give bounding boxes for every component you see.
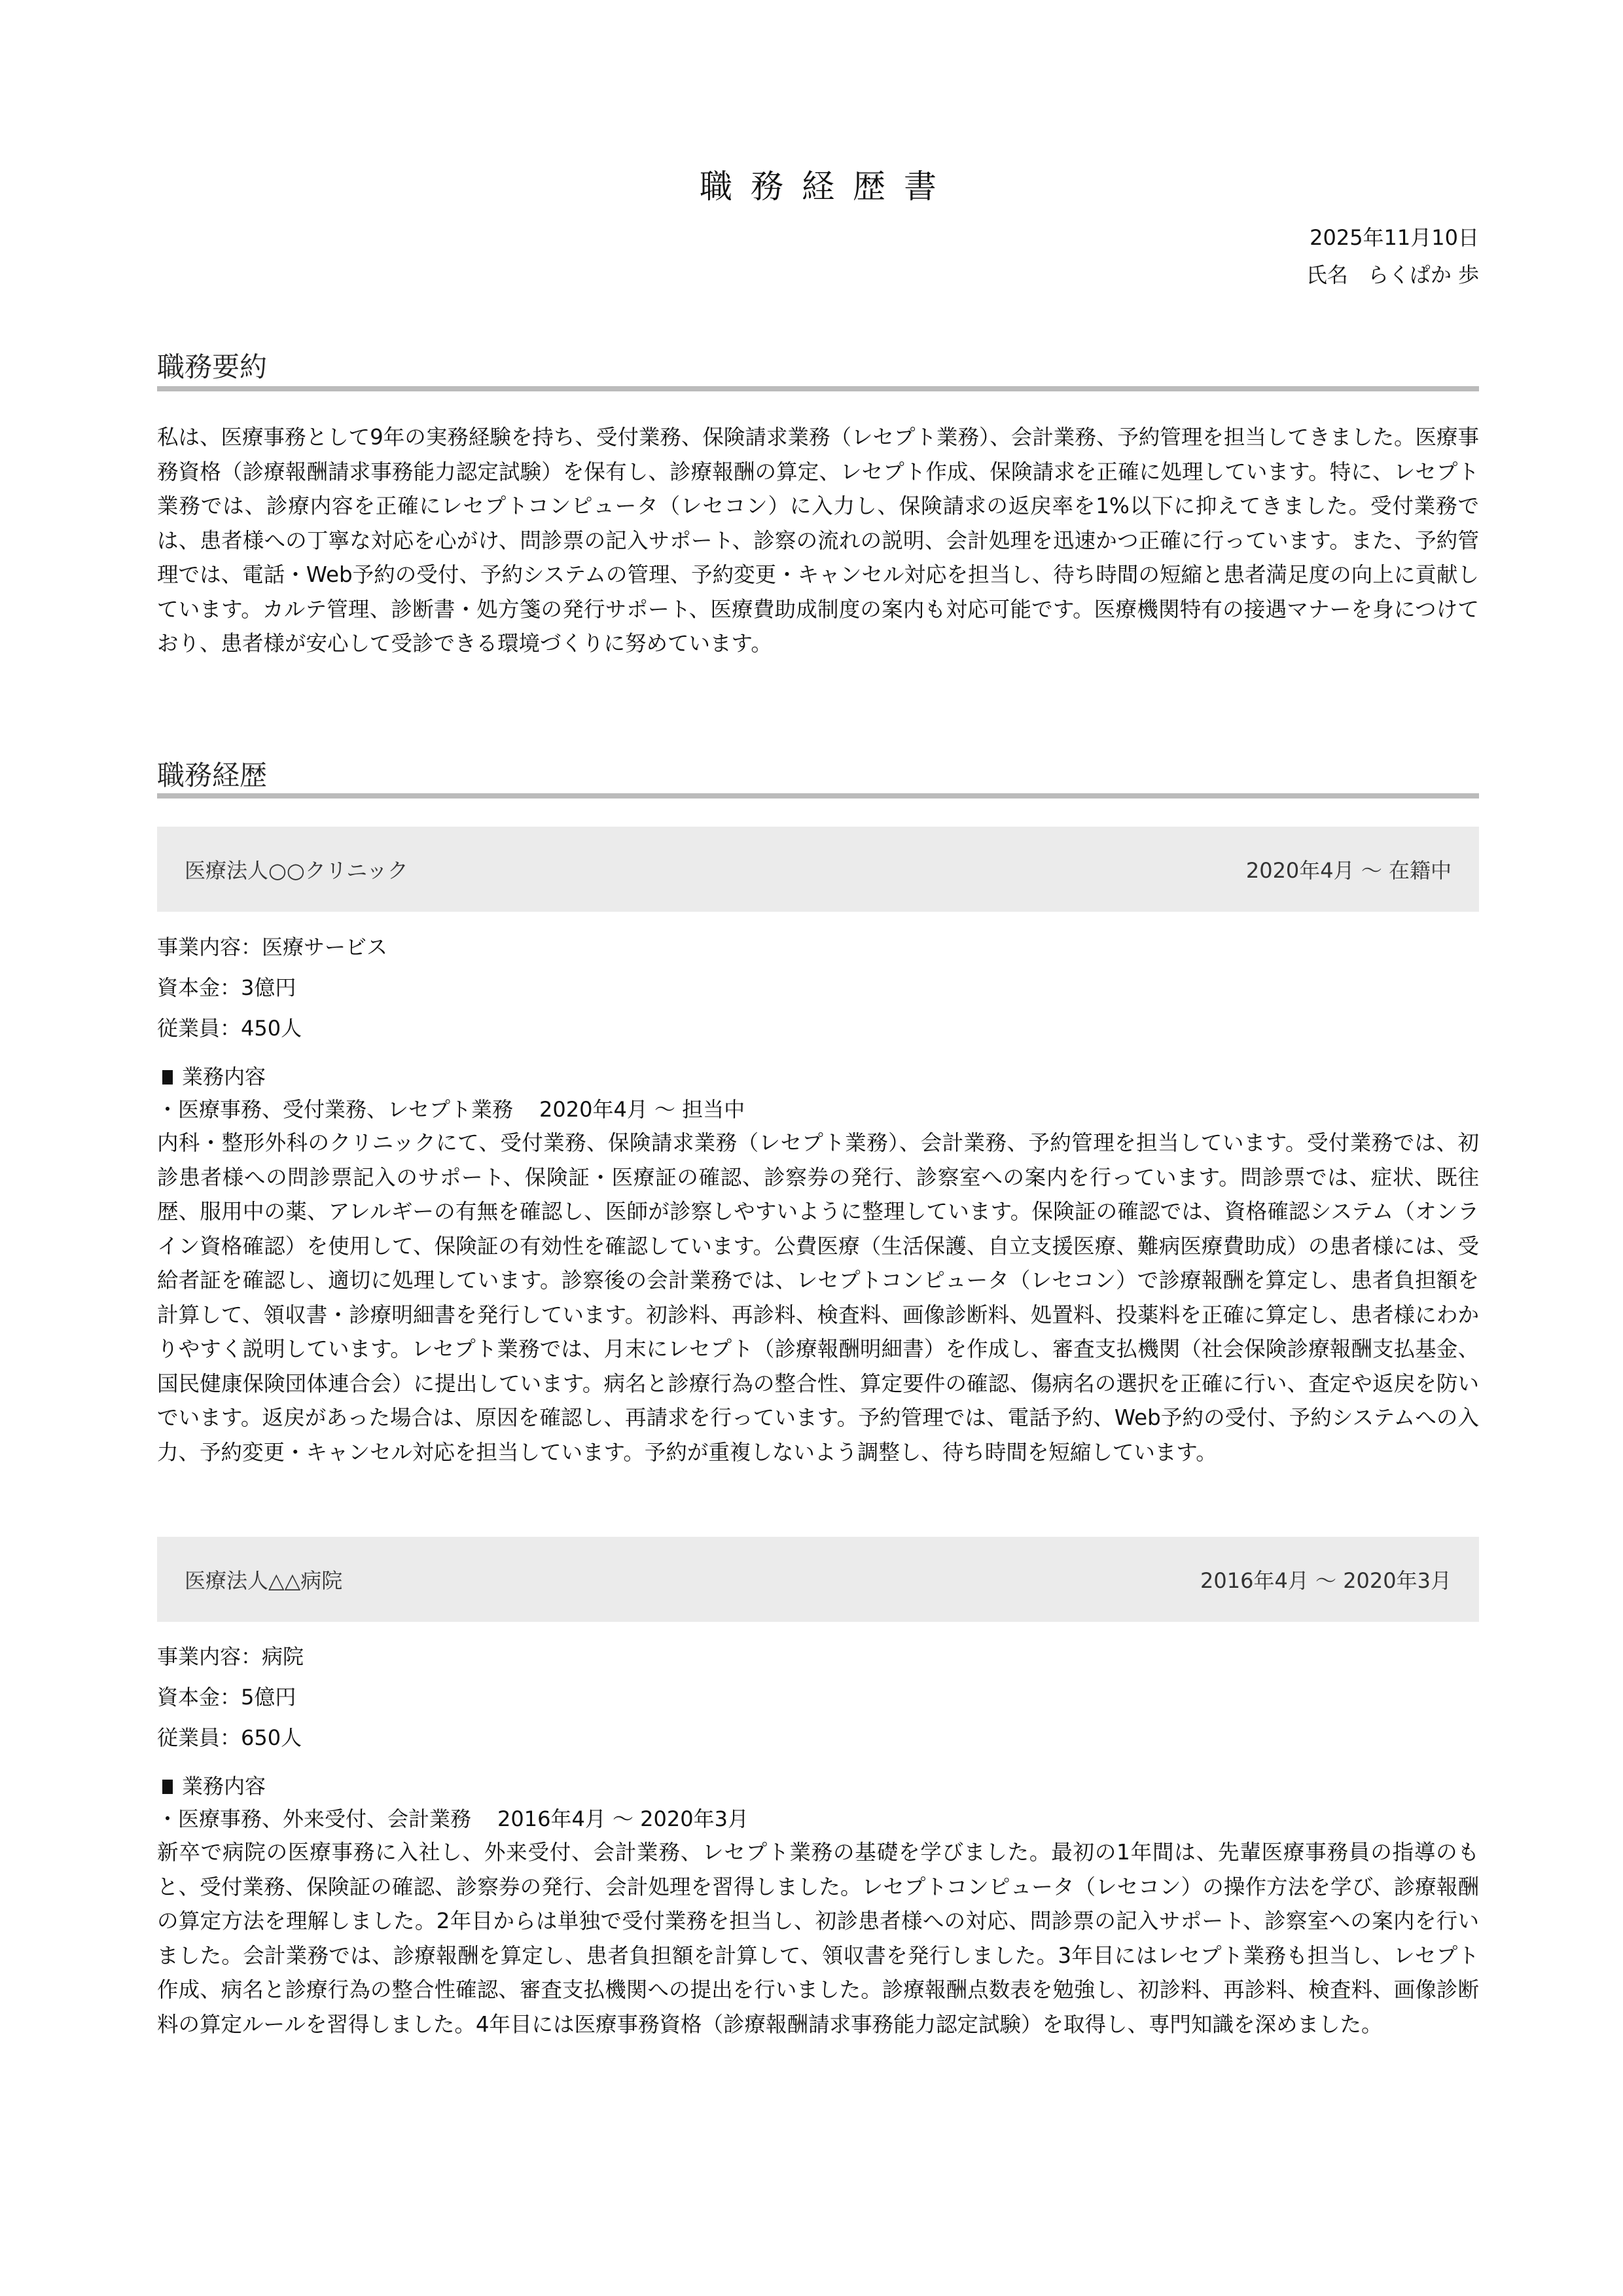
company-capital: 資本金：3億円 [157,971,296,1001]
document-title: 職務経歴書 [157,160,1479,207]
duties-heading: 業務内容 [157,1770,266,1800]
company-business: 事業内容：病院 [157,1640,304,1670]
square-bullet-icon [162,1780,173,1794]
duties-heading-label: 業務内容 [182,1064,266,1089]
role-title: ・医療事務、受付業務、レセプト業務 [157,1097,513,1122]
company-period: 2016年4月 〜 2020年3月 [1200,1564,1452,1594]
role-description: 内科・整形外科のクリニックにて、受付業務、保険請求業務（レセプト業務）、会計業務… [157,1126,1479,1469]
name-label: 氏名 [1306,262,1348,287]
role-period: 2020年4月 〜 担当中 [539,1097,745,1122]
company-header: 医療法人○○クリニック 2020年4月 〜 在籍中 [157,827,1479,912]
summary-heading: 職務要約 [157,346,267,385]
square-bullet-icon [162,1070,173,1085]
duties-heading-label: 業務内容 [182,1774,266,1799]
company-period: 2020年4月 〜 在籍中 [1246,854,1452,884]
history-rule [157,793,1479,798]
company-employees: 従業員：650人 [157,1721,302,1751]
role-title: ・医療事務、外来受付、会計業務 [157,1806,471,1831]
duties-heading: 業務内容 [157,1060,266,1090]
applicant-name: らくぱか 歩 [1368,262,1479,287]
company-name: 医療法人○○クリニック [185,854,408,884]
summary-text: 私は、医療事務として9年の実務経験を持ち、受付業務、保険請求業務（レセプト業務）… [157,420,1479,661]
company-name: 医療法人△△病院 [185,1564,342,1594]
history-heading: 職務経歴 [157,754,267,793]
company-employees: 従業員：450人 [157,1012,302,1042]
summary-rule [157,386,1479,391]
role-period: 2016年4月 〜 2020年3月 [497,1806,749,1831]
applicant-name-line: 氏名らくぱか 歩 [1306,259,1479,289]
company-business: 事業内容：医療サービス [157,931,387,961]
company-header: 医療法人△△病院 2016年4月 〜 2020年3月 [157,1537,1479,1622]
role-line: ・医療事務、外来受付、会計業務2016年4月 〜 2020年3月 [157,1803,749,1833]
role-line: ・医療事務、受付業務、レセプト業務2020年4月 〜 担当中 [157,1093,745,1123]
company-capital: 資本金：5億円 [157,1681,296,1711]
role-description: 新卒で病院の医療事務に入社し、外来受付、会計業務、レセプト業務の基礎を学びました… [157,1835,1479,2041]
document-date: 2025年11月10日 [1310,221,1479,251]
